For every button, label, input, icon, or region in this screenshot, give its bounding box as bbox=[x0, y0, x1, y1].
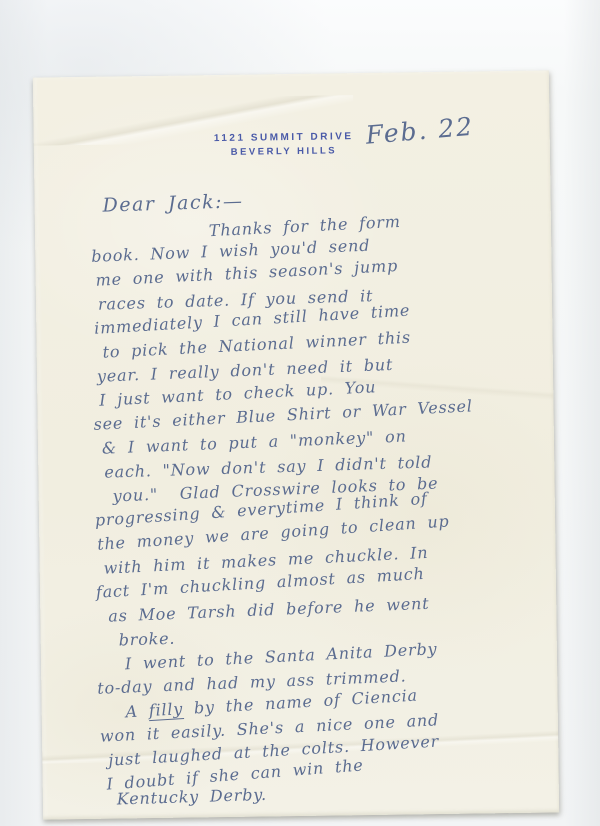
letter-line-text: A bbox=[125, 701, 149, 721]
scan-background: 1121 SUMMIT DRIVE BEVERLY HILLS Feb. 22 … bbox=[0, 0, 600, 826]
underlined-word: filly bbox=[148, 699, 183, 721]
letter-body: Dear Jack:— Thanks for the form book. No… bbox=[34, 188, 559, 814]
handwritten-date: Feb. 22 bbox=[365, 112, 476, 150]
letter-paper: 1121 SUMMIT DRIVE BEVERLY HILLS Feb. 22 … bbox=[33, 70, 559, 819]
